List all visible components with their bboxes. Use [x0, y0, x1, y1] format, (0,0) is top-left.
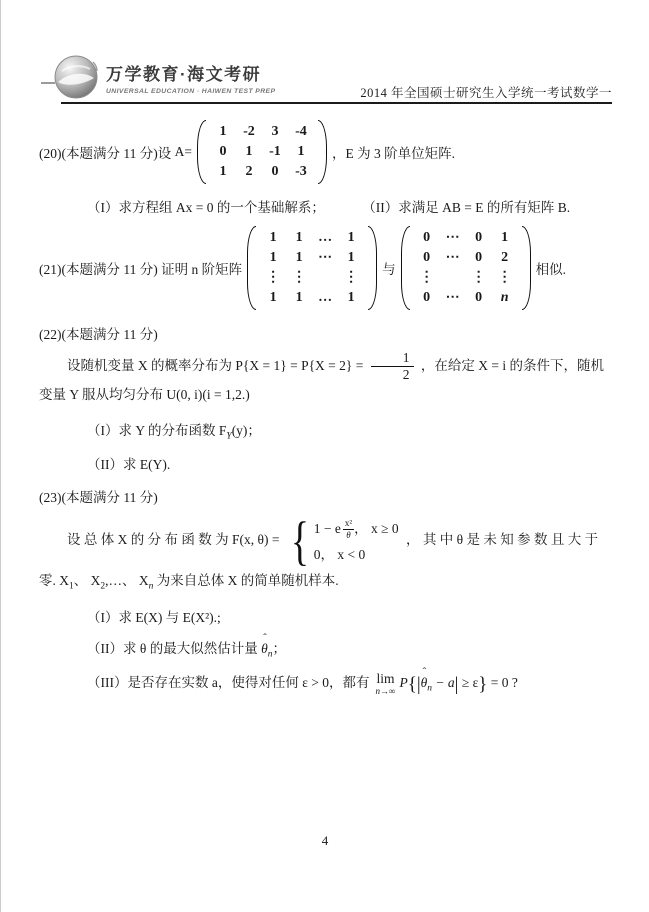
question-23-header: (23)(本题满分 11 分)	[39, 486, 612, 506]
exponent-fraction: x²θ	[343, 518, 354, 540]
left-brace: {	[291, 514, 309, 568]
q21-matrix2-body: 0⋯010⋯02⋮⋮⋮0⋯0n	[413, 226, 519, 310]
q23-item3-end: = 0 ?	[487, 675, 517, 690]
question-22-header: (22)(本题满分 11 分)	[39, 323, 612, 343]
page-header: 万学教育·海文考研 UNIVERSAL EDUCATION · HAIWEN T…	[1, 0, 649, 104]
brand-text: 万学教育·海文考研 UNIVERSAL EDUCATION · HAIWEN T…	[106, 60, 275, 95]
brand-name-en: UNIVERSAL EDUCATION · HAIWEN TEST PREP	[106, 88, 275, 95]
q22-item1: （I）求 Y 的分布函数 FY(y)；	[87, 419, 612, 442]
one-half-fraction: 1 2	[371, 351, 414, 382]
exp-numerator: x²	[343, 518, 354, 529]
piecewise-function: { 1 − ex²θ， x ≥ 0 0， x < 0	[287, 514, 399, 568]
header-divider	[61, 102, 612, 104]
q23-sample-m1: 、 X	[74, 573, 101, 588]
question-20-items: （I）求方程组 Ax = 0 的一个基础解系； （II）求满足 AB = E 的…	[87, 196, 612, 216]
q22-item1-pre: （I）求 Y 的分布函数 F	[87, 423, 226, 438]
hat-accent: ˆ	[423, 667, 427, 678]
question-22-stem: 设随机变量 X 的概率分布为 P{X = 1} = P{X = 2} = 1 2…	[39, 351, 612, 408]
limit-operator: limn→∞	[376, 672, 396, 697]
hat-accent: ˆ	[263, 633, 267, 644]
q21-tail: 相似.	[536, 258, 566, 278]
probability-P: P	[399, 675, 407, 690]
left-paren	[401, 226, 410, 310]
q23-text-post: ， 其 中 θ 是 未 知 参 数 且 大 于	[406, 532, 598, 547]
piecewise-row-1: 1 − ex²θ， x ≥ 0	[314, 518, 399, 540]
q20-lead: (20)(本题满分 11 分)设	[39, 142, 171, 162]
theta-hat: ˆθ	[421, 675, 428, 691]
theta-hat: ˆθ	[261, 641, 268, 657]
case1-condition: ， x ≥ 0	[354, 521, 399, 537]
q21-matrix-2: 0⋯010⋯02⋮⋮⋮0⋯0n	[401, 226, 531, 310]
q22-text-pre: 设随机变量 X 的概率分布为 P{X = 1} = P{X = 2} =	[67, 358, 363, 373]
left-paren	[197, 120, 206, 184]
open-brace: {	[408, 674, 417, 695]
q20-matrix: 1-23-401-11120-3	[197, 120, 327, 184]
q20-item2: （II）求满足 AB = E 的所有矩阵 B.	[362, 200, 570, 215]
right-paren	[368, 226, 377, 310]
q23-item1: （I）求 E(X) 与 E(X²).;	[87, 606, 612, 626]
lim-symbol: lim	[376, 672, 394, 686]
piecewise-rows: 1 − ex²θ， x ≥ 0 0， x < 0	[314, 518, 399, 563]
page-number: 4	[1, 833, 649, 849]
q20-matrix-body: 1-23-401-11120-3	[209, 120, 315, 184]
fraction-numerator: 1	[371, 351, 414, 367]
q23-sample-post: 为来自总体 X 的简单随机样本.	[153, 573, 338, 588]
q23-item3-pre: （III）是否存在实数 a，使得对任何 ε > 0，都有	[87, 675, 370, 690]
exp-denominator: θ	[343, 530, 354, 540]
question-23-stem: 设 总 体 X 的 分 布 函 数 为 F(x, θ) = { 1 − ex²θ…	[39, 514, 612, 596]
q21-matrix-1: 11…111⋯1⋮⋮⋮11…1	[247, 226, 377, 310]
question-21-stem: (21)(本题满分 11 分) 证明 n 阶矩阵 11…111⋯1⋮⋮⋮11…1…	[39, 226, 612, 310]
document-title: 2014 年全国硕士研究生入学统一考试数学一	[360, 83, 612, 101]
q23-text-pre: 设 总 体 X 的 分 布 函 数 为 F(x, θ) =	[67, 532, 279, 547]
q23-item2: （II）求 θ 的最大似然估计量 ˆθn；	[87, 637, 612, 660]
right-paren	[522, 226, 531, 310]
q20-a-label: A=	[175, 144, 192, 160]
brand-logo: 万学教育·海文考研 UNIVERSAL EDUCATION · HAIWEN T…	[53, 54, 275, 100]
q23-item3-cmp: ≥ ε	[458, 675, 478, 690]
brand-name-cn: 万学教育·海文考研	[106, 60, 275, 85]
q23-sample-m2: ,…、 X	[105, 573, 149, 588]
q21-matrix1-body: 11…111⋯1⋮⋮⋮11…1	[259, 226, 365, 310]
q23-sample-pre: 零. X	[39, 573, 69, 588]
case1-expr: 1 − e	[314, 521, 341, 537]
q23-item2-post: ；	[272, 641, 286, 656]
q22-item1-post: (y)；	[232, 423, 261, 438]
q20-item1: （I）求方程组 Ax = 0 的一个基础解系；	[87, 200, 325, 215]
q21-lead: (21)(本题满分 11 分) 证明 n 阶矩阵	[39, 258, 242, 278]
q20-tail: ，E 为 3 阶单位矩阵.	[332, 142, 455, 162]
exam-page: { "header": { "logo_cn": "万学教育·海文考研", "l…	[0, 0, 649, 912]
q23-item2-pre: （II）求 θ 的最大似然估计量	[87, 641, 258, 656]
q23-item3: （III）是否存在实数 a，使得对任何 ε > 0，都有limn→∞P{|ˆθn…	[87, 671, 612, 696]
globe-icon	[53, 54, 99, 100]
q22-item2: （II）求 E(Y).	[87, 453, 612, 473]
q23-item3-mid: − a	[432, 675, 455, 690]
left-paren	[247, 226, 256, 310]
exam-content: (20)(本题满分 11 分)设 A= 1-23-401-11120-3 ，E …	[1, 104, 649, 696]
lim-subscript: n→∞	[376, 687, 396, 696]
q21-mid: 与	[382, 258, 396, 278]
piecewise-row-2: 0， x < 0	[314, 547, 399, 563]
right-paren	[318, 120, 327, 184]
question-20-stem: (20)(本题满分 11 分)设 A= 1-23-401-11120-3 ，E …	[39, 120, 612, 184]
fraction-denominator: 2	[371, 367, 414, 382]
